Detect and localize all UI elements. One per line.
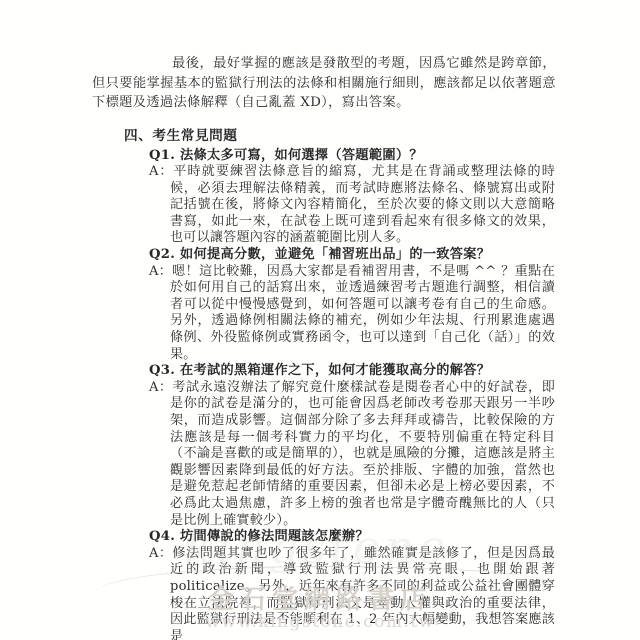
book-page: 最後，最好掌握的應該是發散型的考題，因爲它雖然是跨章節，但只要能掌握基本的監獄行… — [0, 0, 640, 640]
question-3: Q3. 在考試的黑箱運作之下，如何才能獲取高分的解答？ — [149, 363, 555, 380]
page-content: 最後，最好掌握的應該是發散型的考題，因爲它雖然是跨章節，但只要能掌握基本的監獄行… — [0, 54, 640, 640]
qa-block-2: Q2. 如何提高分數，並避免「補習班出品」的一致答案？ A：嗯！這比較難，因爲大… — [149, 247, 555, 363]
qa-block-4: Q4. 坊間傳說的修法問題該怎麼辦？ A：修法問題其實也吵了很多年了，雖然確實是… — [149, 529, 555, 640]
qa-block-1: Q1. 法條太多可寫，如何選擇（答題範圍）？ A：平時就要練習法條意旨的縮寫，尤… — [149, 148, 555, 248]
answer-label: A： — [149, 546, 172, 561]
question-4: Q4. 坊間傳說的修法問題該怎麼辦？ — [149, 529, 555, 546]
answer-4: A：修法問題其實也吵了很多年了，雖然確實是該修了，但是因爲最近的政治新聞，導致監… — [149, 546, 555, 640]
answer-1-text: 平時就要練習法條意旨的縮寫，尤其是在背誦或整理法條的時候，必須去理解法條精義，而… — [170, 164, 555, 245]
answer-3: A：考試永遠沒辦法了解究竟什麼樣試卷是閱卷者心中的好試卷，即是你的試卷是滿分的，… — [149, 380, 555, 529]
section-title: 四、考生常見問題 — [124, 124, 640, 144]
answer-label: A： — [149, 264, 172, 279]
intro-paragraph: 最後，最好掌握的應該是發散型的考題，因爲它雖然是跨章節，但只要能掌握基本的監獄行… — [92, 54, 556, 113]
answer-3-text: 考試永遠沒辦法了解究竟什麼樣試卷是閱卷者心中的好試卷，即是你的試卷是滿分的，也可… — [170, 380, 555, 528]
answer-2-text: 嗯！這比較難，因爲大家都是看補習用書，不是嗎 ^^ ？重點在於如何用自己的話寫出… — [170, 264, 555, 362]
answer-4-text: 修法問題其實也吵了很多年了，雖然確實是該修了，但是因爲最近的政治新聞，導致監獄行… — [170, 546, 555, 640]
question-2: Q2. 如何提高分數，並避免「補習班出品」的一致答案？ — [149, 247, 555, 264]
answer-label: A： — [149, 380, 172, 395]
qa-block-3: Q3. 在考試的黑箱運作之下，如何才能獲取高分的解答？ A：考試永遠沒辦法了解究… — [149, 363, 555, 529]
answer-label: A： — [149, 164, 173, 179]
question-1: Q1. 法條太多可寫，如何選擇（答題範圍）？ — [149, 148, 555, 165]
answer-1: A：平時就要練習法條意旨的縮寫，尤其是在背誦或整理法條的時候，必須去理解法條精義… — [149, 164, 555, 247]
answer-2: A：嗯！這比較難，因爲大家都是看補習用書，不是嗎 ^^ ？重點在於如何用自己的話… — [149, 264, 555, 364]
